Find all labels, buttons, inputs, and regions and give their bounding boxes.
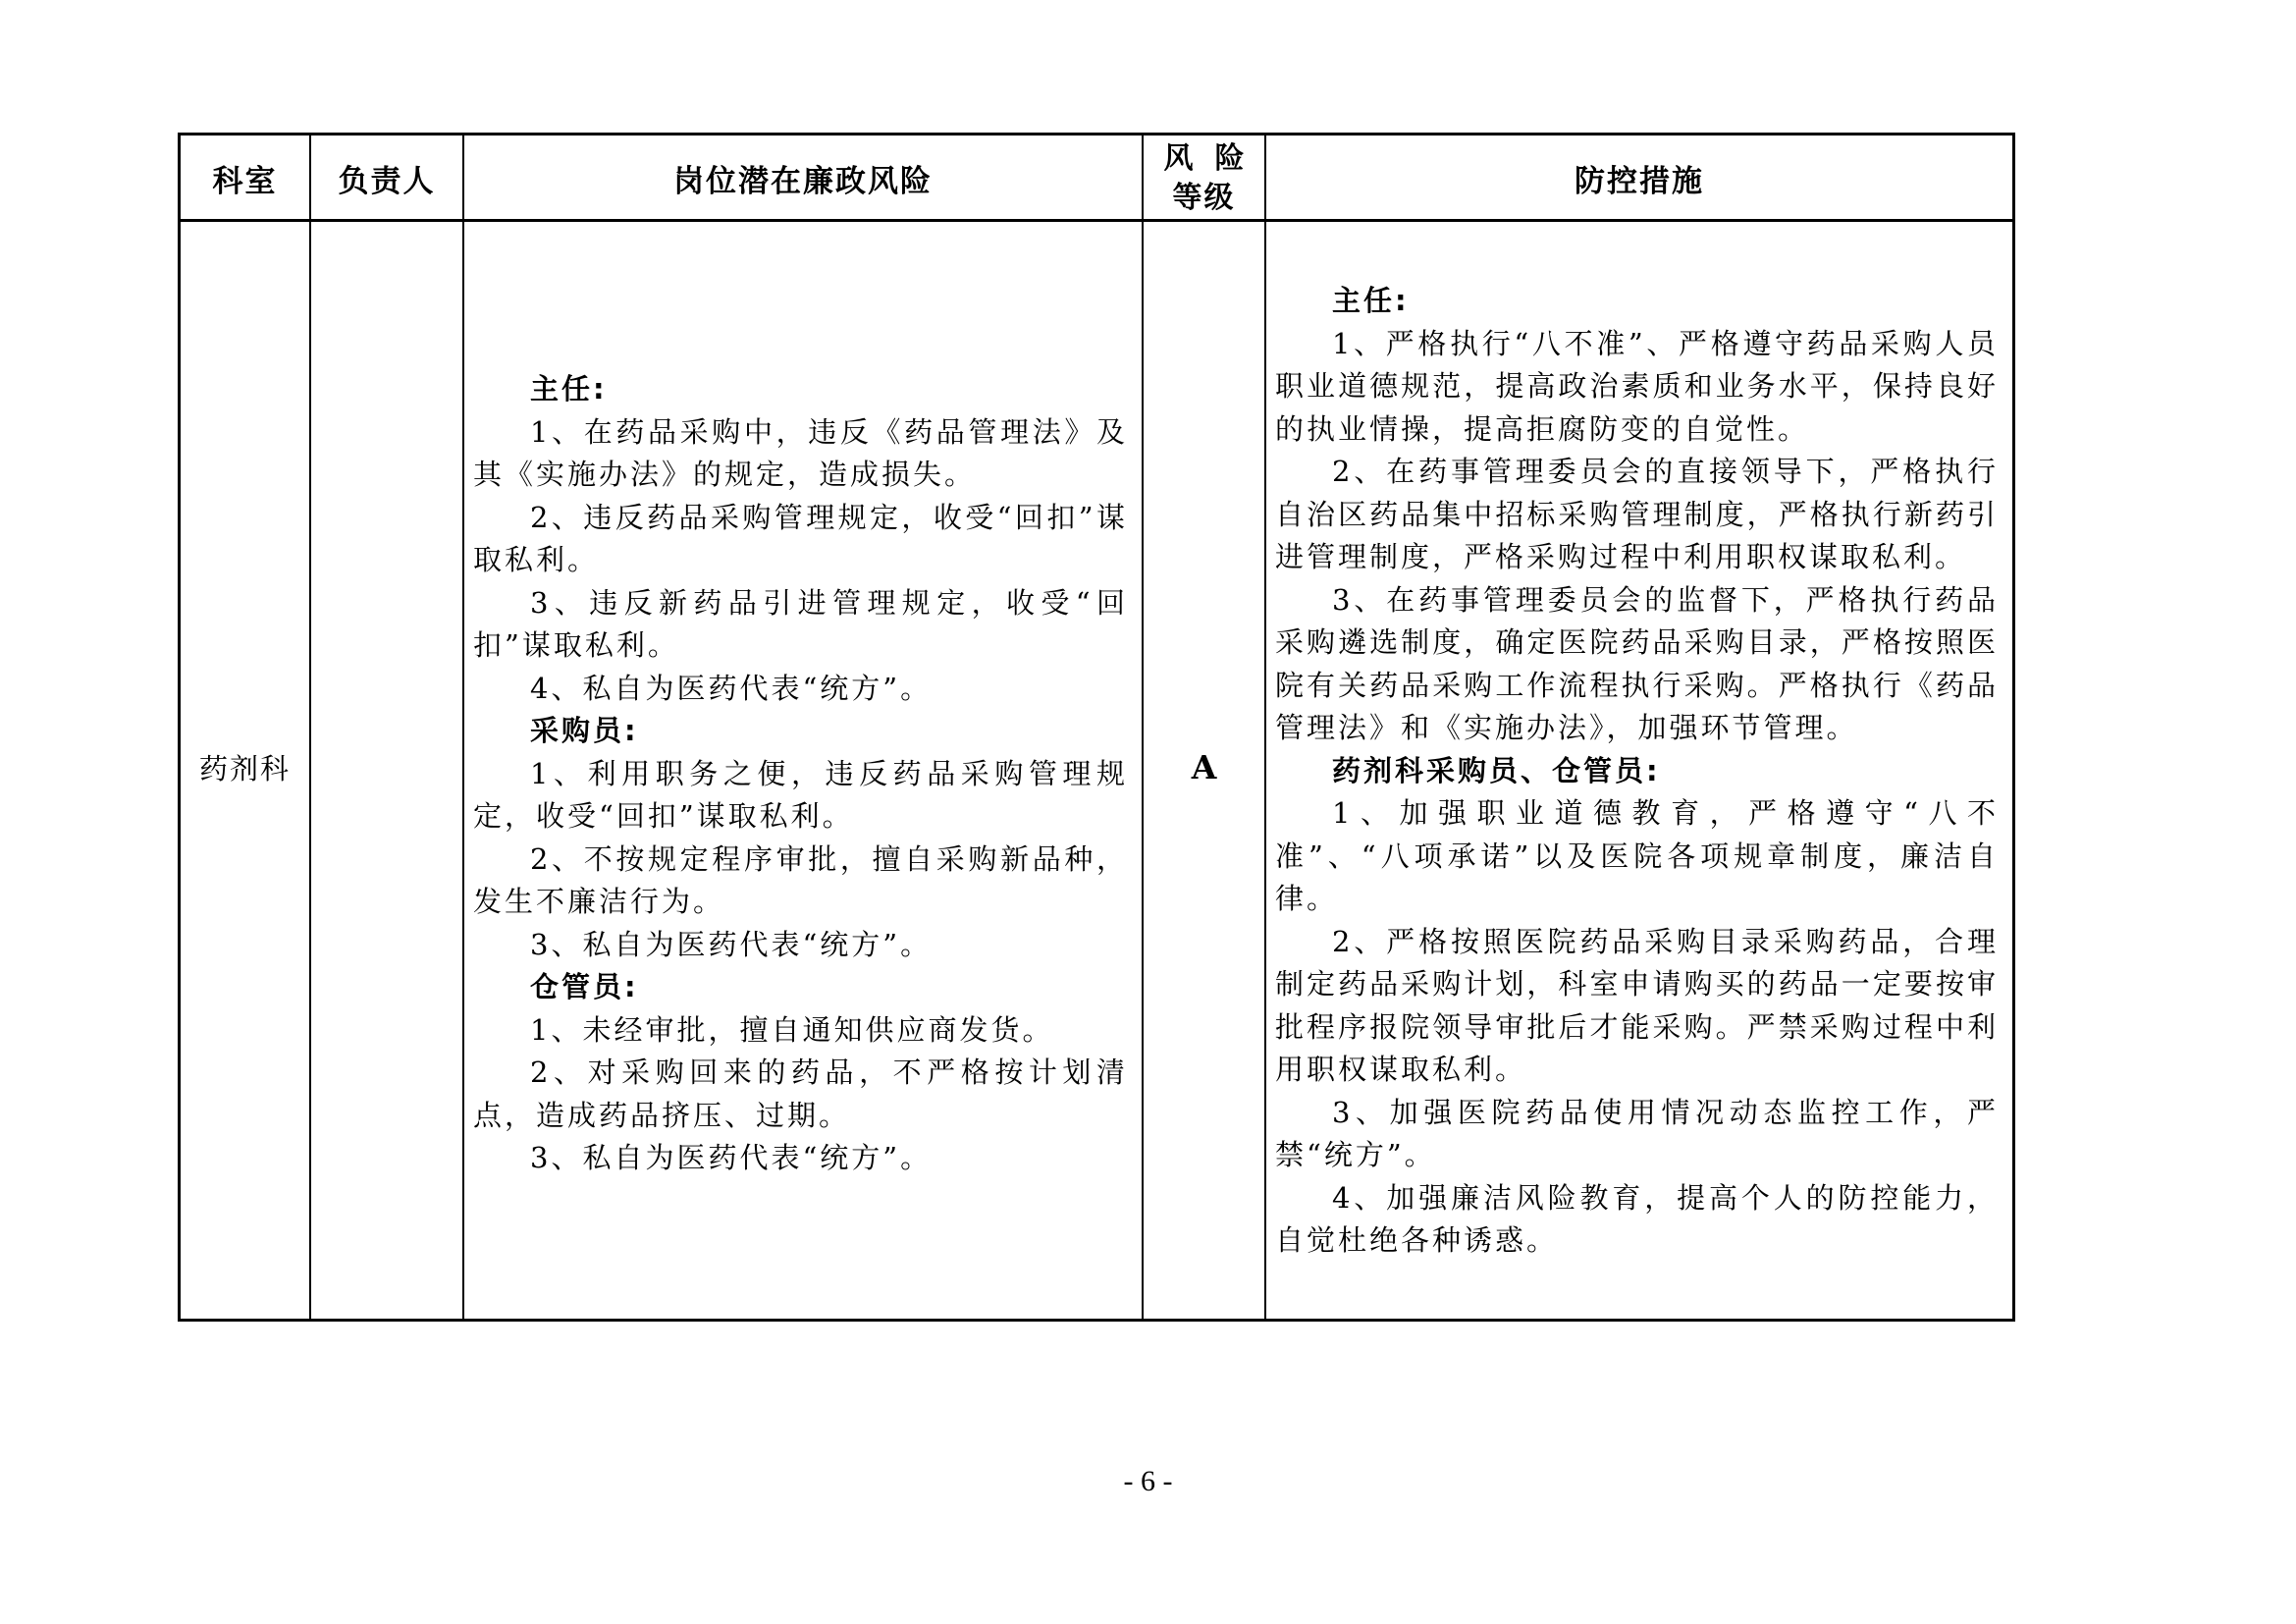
measure-item: 2、严格按照医院药品采购目录采购药品，合理制定药品采购计划，科室申请购买的药品一… xyxy=(1275,921,1999,1092)
header-risk-level: 风险 等级 xyxy=(1144,135,1264,221)
page-number: - 6 - xyxy=(0,1465,2296,1498)
measure-item: 1、加强职业道德教育，严格遵守“八不准”、“八项承诺”以及医院各项规章制度，廉洁… xyxy=(1275,792,1999,921)
header-measures: 防控措施 xyxy=(1266,135,2012,221)
header-risk: 岗位潜在廉政风险 xyxy=(464,135,1142,221)
risk-level-cell: A xyxy=(1144,224,1264,1319)
risk-item: 3、私自为医药代表“统方”。 xyxy=(473,924,1128,967)
measure-item: 4、加强廉洁风险教育，提高个人的防控能力，自觉杜绝各种诱惑。 xyxy=(1275,1177,1999,1263)
responsible-person-cell xyxy=(311,224,462,1319)
risk-heading: 仓管员: xyxy=(473,966,1128,1009)
header-responsible-person-label: 负责人 xyxy=(339,156,436,200)
department-name: 药剂科 xyxy=(199,747,291,787)
risk-cell: 主任:1、在药品采购中，违反《药品管理法》及其《实施办法》的规定，造成损失。2、… xyxy=(464,224,1142,1319)
risk-item: 1、利用职务之便，违反药品采购管理规定，收受“回扣”谋取私利。 xyxy=(473,753,1128,839)
header-risk-label: 岗位潜在廉政风险 xyxy=(673,156,933,200)
risk-item: 3、私自为医药代表“统方”。 xyxy=(473,1137,1128,1180)
measures-cell: 主任:1、严格执行“八不准”、严格遵守药品采购人员职业道德规范，提高政治素质和业… xyxy=(1266,224,2012,1319)
risk-heading: 主任: xyxy=(473,368,1128,411)
risk-item: 2、违反药品采购管理规定，收受“回扣”谋取私利。 xyxy=(473,497,1128,582)
risk-item: 2、对采购回来的药品，不严格按计划清点，造成药品挤压、过期。 xyxy=(473,1052,1128,1137)
measure-heading: 药剂科采购员、仓管员: xyxy=(1275,750,1999,793)
risk-item: 2、不按规定程序审批，擅自采购新品种，发生不廉洁行为。 xyxy=(473,839,1128,924)
risk-control-table: 科室 负责人 岗位潜在廉政风险 风险 等级 防控措施 药剂科 主任:1、在药品采… xyxy=(178,133,2015,1322)
measure-item: 3、在药事管理委员会的监督下，严格执行药品采购遴选制度，确定医院药品采购目录，严… xyxy=(1275,579,1999,750)
header-department-label: 科室 xyxy=(213,156,278,200)
risk-item: 1、未经审批，擅自通知供应商发货。 xyxy=(473,1009,1128,1053)
measure-item: 1、严格执行“八不准”、严格遵守药品采购人员职业道德规范，提高政治素质和业务水平… xyxy=(1275,323,1999,452)
header-responsible-person: 负责人 xyxy=(311,135,462,221)
header-risk-level-line1: 风险 xyxy=(1164,139,1266,179)
department-cell: 药剂科 xyxy=(181,224,309,1319)
risk-level-value: A xyxy=(1192,748,1217,786)
risk-item: 4、私自为医药代表“统方”。 xyxy=(473,668,1128,711)
header-department: 科室 xyxy=(181,135,309,221)
measure-heading: 主任: xyxy=(1275,280,1999,323)
measure-item: 3、加强医院药品使用情况动态监控工作，严禁“统方”。 xyxy=(1275,1092,1999,1177)
risk-item: 1、在药品采购中，违反《药品管理法》及其《实施办法》的规定，造成损失。 xyxy=(473,411,1128,497)
header-risk-level-line2: 等级 xyxy=(1173,179,1236,218)
header-measures-label: 防控措施 xyxy=(1575,156,1704,200)
risk-item: 3、违反新药品引进管理规定，收受“回扣”谋取私利。 xyxy=(473,582,1128,668)
risk-heading: 采购员: xyxy=(473,710,1128,753)
measure-item: 2、在药事管理委员会的直接领导下，严格执行自治区药品集中招标采购管理制度，严格执… xyxy=(1275,451,1999,579)
